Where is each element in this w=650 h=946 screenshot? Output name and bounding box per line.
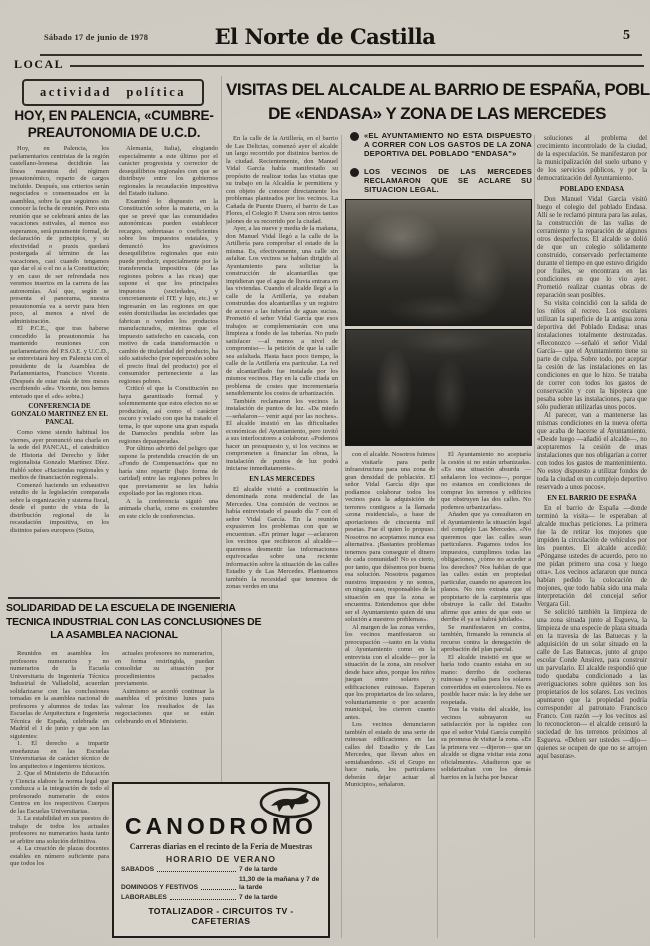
kicker-label: actividad política xyxy=(40,85,186,100)
schedule-label: DOMINGOS Y FESTIVOS xyxy=(121,884,198,892)
text-block: En el barrio de España —donde terminó la… xyxy=(537,505,647,761)
bullet-item: «EL AYUNTAMIENTO NO ESTA DISPUESTO A COR… xyxy=(350,131,532,159)
main-col-d: soluciones al problema del crecimiento i… xyxy=(537,135,647,938)
text-block: El alcalde visitó a continuación la deno… xyxy=(226,486,338,591)
politics-col-1: Hoy, en Palencia, los parlamentarios cen… xyxy=(10,145,109,595)
main-col-c: El Ayuntamiento no aceptaría la cesión s… xyxy=(441,451,531,938)
solidarity-col-1: Reunidos en asamblea los profesores nume… xyxy=(10,650,109,938)
politics-headline-line-1: HOY, EN PALENCIA, «CUMBRE- xyxy=(8,108,220,125)
text-block: En la calle de la Artillería, en el barr… xyxy=(226,135,338,473)
masthead-title: El Norte de Castilla xyxy=(0,24,650,49)
bullet-icon xyxy=(350,132,359,141)
barrio-espana-subhead: EN EL BARRIO DE ESPAÑA xyxy=(537,495,647,503)
text-block: Don Manuel Vidal García visitó luego el … xyxy=(537,196,647,492)
schedule-time: 7 de la tarde xyxy=(239,866,321,874)
schedule-row: DOMINGOS Y FESTIVOS 11,30 de la mañana y… xyxy=(121,876,321,892)
photo-alcalde-visit-2 xyxy=(345,329,532,446)
schedule-time: 7 de la tarde xyxy=(239,894,321,902)
solidarity-headline-line-1: SOLIDARIDAD DE LA ESCUELA DE INGENIERIA xyxy=(6,602,222,616)
ad-footer: TOTALIZADOR - CIRCUITOS TV - CAFETERIAS xyxy=(121,906,321,926)
section-rule xyxy=(70,65,644,67)
ad-title: CANODROMO xyxy=(121,813,321,840)
solidarity-headline-line-2: TECNICA INDUSTRIAL CON LAS CONCLUSIONES … xyxy=(6,616,222,630)
mercedes-subhead: EN LAS MERCEDES xyxy=(226,476,338,484)
conference-subhead: CONFERENCIA DE GONZALO MARTINEZ EN EL PA… xyxy=(10,403,109,427)
schedule-row: SABADOS 7 de la tarde xyxy=(121,866,321,874)
schedule-label: SABADOS xyxy=(121,866,154,874)
text-block: Como viene siendo habitual los viernes, … xyxy=(10,429,109,534)
main-headline: VISITAS DEL ALCALDE AL BARRIO DE ESPAÑA,… xyxy=(226,78,648,126)
dotted-leader xyxy=(201,889,236,890)
kicker-box: actividad política xyxy=(22,79,204,106)
main-headline-line-2: DE «ENDASA» Y ZONA DE LAS MERCEDES xyxy=(226,102,648,126)
newspaper-page: { "header": { "date": "Sábado 17 de juni… xyxy=(0,0,650,946)
text-block: soluciones al problema del crecimiento i… xyxy=(537,135,647,183)
solidarity-headline: SOLIDARIDAD DE LA ESCUELA DE INGENIERIA … xyxy=(6,602,222,643)
page-number: 5 xyxy=(623,28,630,44)
dotted-leader xyxy=(157,871,236,872)
schedule-label: LABORABLES xyxy=(121,894,167,902)
solidarity-headline-line-3: LA ASAMBLEA NACIONAL xyxy=(6,629,222,643)
politics-headline: HOY, EN PALENCIA, «CUMBRE- PREAUTONOMIA … xyxy=(8,108,220,141)
canodromo-ad: CANODROMO Carreras diarias en el recinto… xyxy=(112,782,330,938)
politics-col-2: Alemania, Italia), elogiando especialmen… xyxy=(119,145,218,595)
poblado-endasa-subhead: POBLADO ENDASA xyxy=(537,186,647,194)
photo-alcalde-visit-1 xyxy=(345,199,532,326)
local-section-label: LOCAL xyxy=(14,57,64,72)
main-col-b: con el alcalde. Nosotros fuimos a visita… xyxy=(345,451,435,938)
ad-tagline: Carreras diarias en el recinto de la Fer… xyxy=(121,842,321,852)
schedule-row: LABORABLES 7 de la tarde xyxy=(121,894,321,902)
bullet-icon xyxy=(350,168,359,177)
text-block: Hoy, en Palencia, los parlamentarios cen… xyxy=(10,145,109,400)
dotted-leader xyxy=(170,899,236,900)
bullet-text: LOS VECINOS DE LAS MERCEDES RECLAMARON Q… xyxy=(364,167,532,195)
solidarity-col-2: actuales profesores no numerarios, en fo… xyxy=(115,650,214,778)
politics-headline-line-2: PREAUTONOMIA DE U.C.D. xyxy=(8,125,220,142)
column-divider xyxy=(437,451,438,938)
summary-bullets: «EL AYUNTAMIENTO NO ESTA DISPUESTO A COR… xyxy=(350,131,532,202)
article-separator-rule xyxy=(8,597,220,599)
bullet-text: «EL AYUNTAMIENTO NO ESTA DISPUESTO A COR… xyxy=(364,131,532,159)
masthead-rule xyxy=(40,54,642,56)
ad-schedule-title: HORARIO DE VERANO xyxy=(121,854,321,864)
bullet-item: LOS VECINOS DE LAS MERCEDES RECLAMARON Q… xyxy=(350,167,532,195)
column-divider xyxy=(534,135,535,938)
schedule-time: 11,30 de la mañana y 7 de la tarde xyxy=(239,876,321,892)
main-headline-line-1: VISITAS DEL ALCALDE AL BARRIO DE ESPAÑA,… xyxy=(226,78,648,102)
column-divider xyxy=(341,135,342,938)
main-col-a: En la calle de la Artillería, en el barr… xyxy=(226,135,338,783)
